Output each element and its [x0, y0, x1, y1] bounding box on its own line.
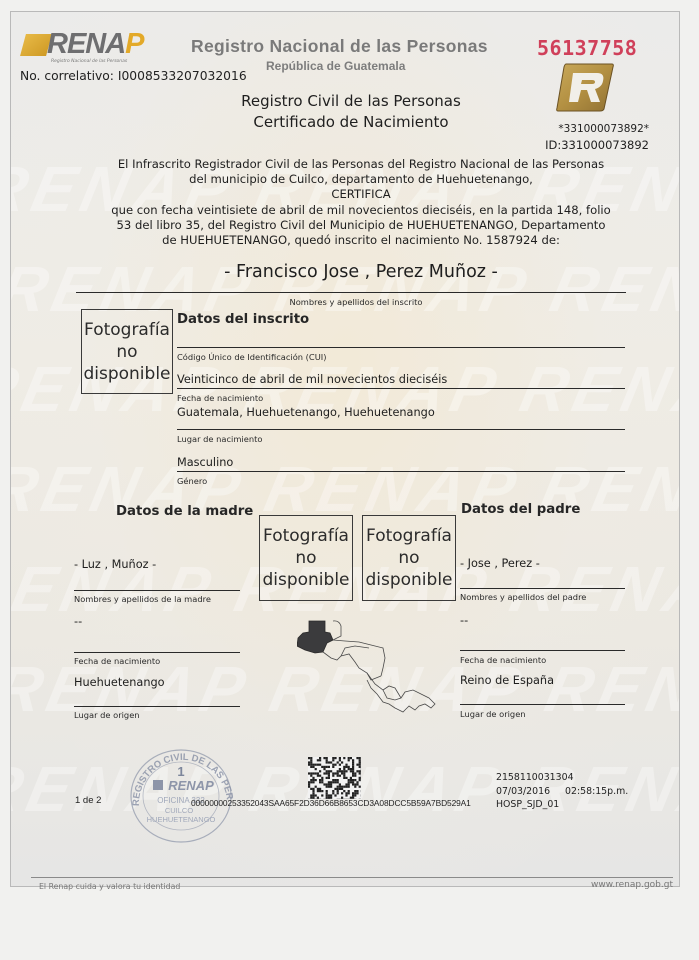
- divider: [177, 347, 625, 348]
- verification-hash: 00000000253352043SAA65F2D36D66B8653CD3A0…: [191, 798, 471, 808]
- birth-place-value: Guatemala, Huehuetenango, Huehuetenango: [177, 406, 435, 419]
- divider: [460, 588, 625, 589]
- birth-date-value: Veinticinco de abril de mil novecientos …: [177, 373, 447, 386]
- mother-origin-label: Lugar de origen: [74, 710, 140, 720]
- mother-section-title: Datos de la madre: [116, 504, 253, 519]
- serial-number: 56137758: [537, 36, 637, 60]
- certification-line: que con fecha veintisiete de abril de mi…: [81, 203, 641, 218]
- divider: [74, 590, 240, 591]
- father-birth-date-label: Fecha de nacimiento: [460, 655, 546, 665]
- certification-heading: CERTIFICA: [81, 187, 641, 202]
- issue-metadata: 2158110031304 07/03/201602:58:15p.m. HOS…: [496, 771, 628, 812]
- divider: [76, 292, 626, 293]
- birth-place-label: Lugar de nacimiento: [177, 434, 262, 444]
- divider: [177, 388, 625, 389]
- renap-logo: RENAP Registro Nacional de las Personas: [23, 30, 163, 62]
- birth-certificate: RENAP RENAP RENAP RENAP RENAP RENAP RENA…: [10, 11, 680, 887]
- gender-value: Masculino: [177, 456, 233, 469]
- registrant-full-name: - Francisco Jose , Perez Muñoz -: [71, 262, 651, 282]
- divider: [177, 471, 625, 472]
- mother-birth-date-label: Fecha de nacimiento: [74, 656, 160, 666]
- registrant-section-title: Datos del inscrito: [177, 312, 309, 327]
- certification-line: de HUEHUETENANGO, quedó inscrito el naci…: [81, 233, 641, 248]
- stamp-town: CUILCO: [165, 806, 194, 815]
- father-origin-value: Reino de España: [460, 674, 554, 687]
- mother-name-label: Nombres y apellidos de la madre: [74, 594, 211, 604]
- organization-country: República de Guatemala: [266, 59, 405, 73]
- logo-text-accent: P: [125, 28, 143, 60]
- mother-birth-date-value: --: [74, 615, 82, 628]
- correlative-number: No. correlativo: I0008533207032016: [20, 69, 247, 83]
- logo-subtitle: Registro Nacional de las Personas: [51, 59, 127, 64]
- issue-date: 07/03/2016: [496, 786, 550, 797]
- divider: [177, 429, 625, 430]
- stamp-number: 1: [177, 764, 184, 779]
- issue-code: 2158110031304: [496, 771, 628, 785]
- father-origin-label: Lugar de origen: [460, 709, 526, 719]
- registrant-photo-placeholder: Fotografíanodisponible: [81, 309, 173, 394]
- certification-line: 53 del libro 35, del Registro Civil del …: [81, 218, 641, 233]
- central-america-map-icon: [297, 618, 439, 716]
- divider: [460, 704, 625, 705]
- cui-label: Código Único de Identificación (CUI): [177, 352, 326, 362]
- footer-divider: [31, 877, 673, 878]
- gender-label: Género: [177, 476, 207, 486]
- divider: [74, 706, 240, 707]
- logo-text: RENA: [47, 28, 125, 60]
- document-subtitle: Certificado de Nacimiento: [171, 113, 531, 131]
- stamp-brand: RENAP: [168, 778, 214, 793]
- father-name-value: - Jose , Perez -: [460, 557, 540, 570]
- father-name-label: Nombres y apellidos del padre: [460, 592, 586, 602]
- mother-origin-value: Huehuetenango: [74, 676, 165, 689]
- footer-website: www.renap.gob.gt: [571, 880, 673, 890]
- barcode-text: *331000073892*: [531, 123, 649, 135]
- certification-line: del municipio de Cuilco, departamento de…: [81, 172, 641, 187]
- r-security-badge-icon: [556, 62, 614, 112]
- official-stamp: REGISTRO CIVIL DE LAS PERSONAS 1 RENAP O…: [123, 742, 241, 846]
- mother-name-value: - Luz , Muñoz -: [74, 558, 156, 571]
- father-birth-date-value: --: [460, 614, 468, 627]
- organization-name: Registro Nacional de las Personas: [191, 36, 511, 57]
- father-photo-placeholder: Fotografíanodisponible: [362, 515, 456, 601]
- birth-date-label: Fecha de nacimiento: [177, 393, 263, 403]
- document-title: Registro Civil de las Personas: [171, 92, 531, 110]
- qr-code-icon: [308, 757, 361, 799]
- divider: [460, 650, 625, 651]
- page-indicator: 1 de 2: [75, 795, 101, 806]
- stamp-department: HUEHUETENANGO: [147, 815, 216, 824]
- footer-slogan: El Renap cuida y valora tu identidad: [39, 882, 180, 891]
- mother-photo-placeholder: Fotografíanodisponible: [259, 515, 353, 601]
- certification-line: El Infrascrito Registrador Civil de las …: [81, 157, 641, 172]
- issue-location: HOSP_SJD_01: [496, 798, 628, 812]
- document-id: ID:331000073892: [531, 138, 649, 152]
- certification-paragraph: El Infrascrito Registrador Civil de las …: [81, 157, 641, 248]
- father-section-title: Datos del padre: [461, 502, 580, 517]
- issue-time: 02:58:15p.m.: [565, 786, 628, 797]
- divider: [74, 652, 240, 653]
- full-name-label: Nombres y apellidos del inscrito: [276, 297, 436, 307]
